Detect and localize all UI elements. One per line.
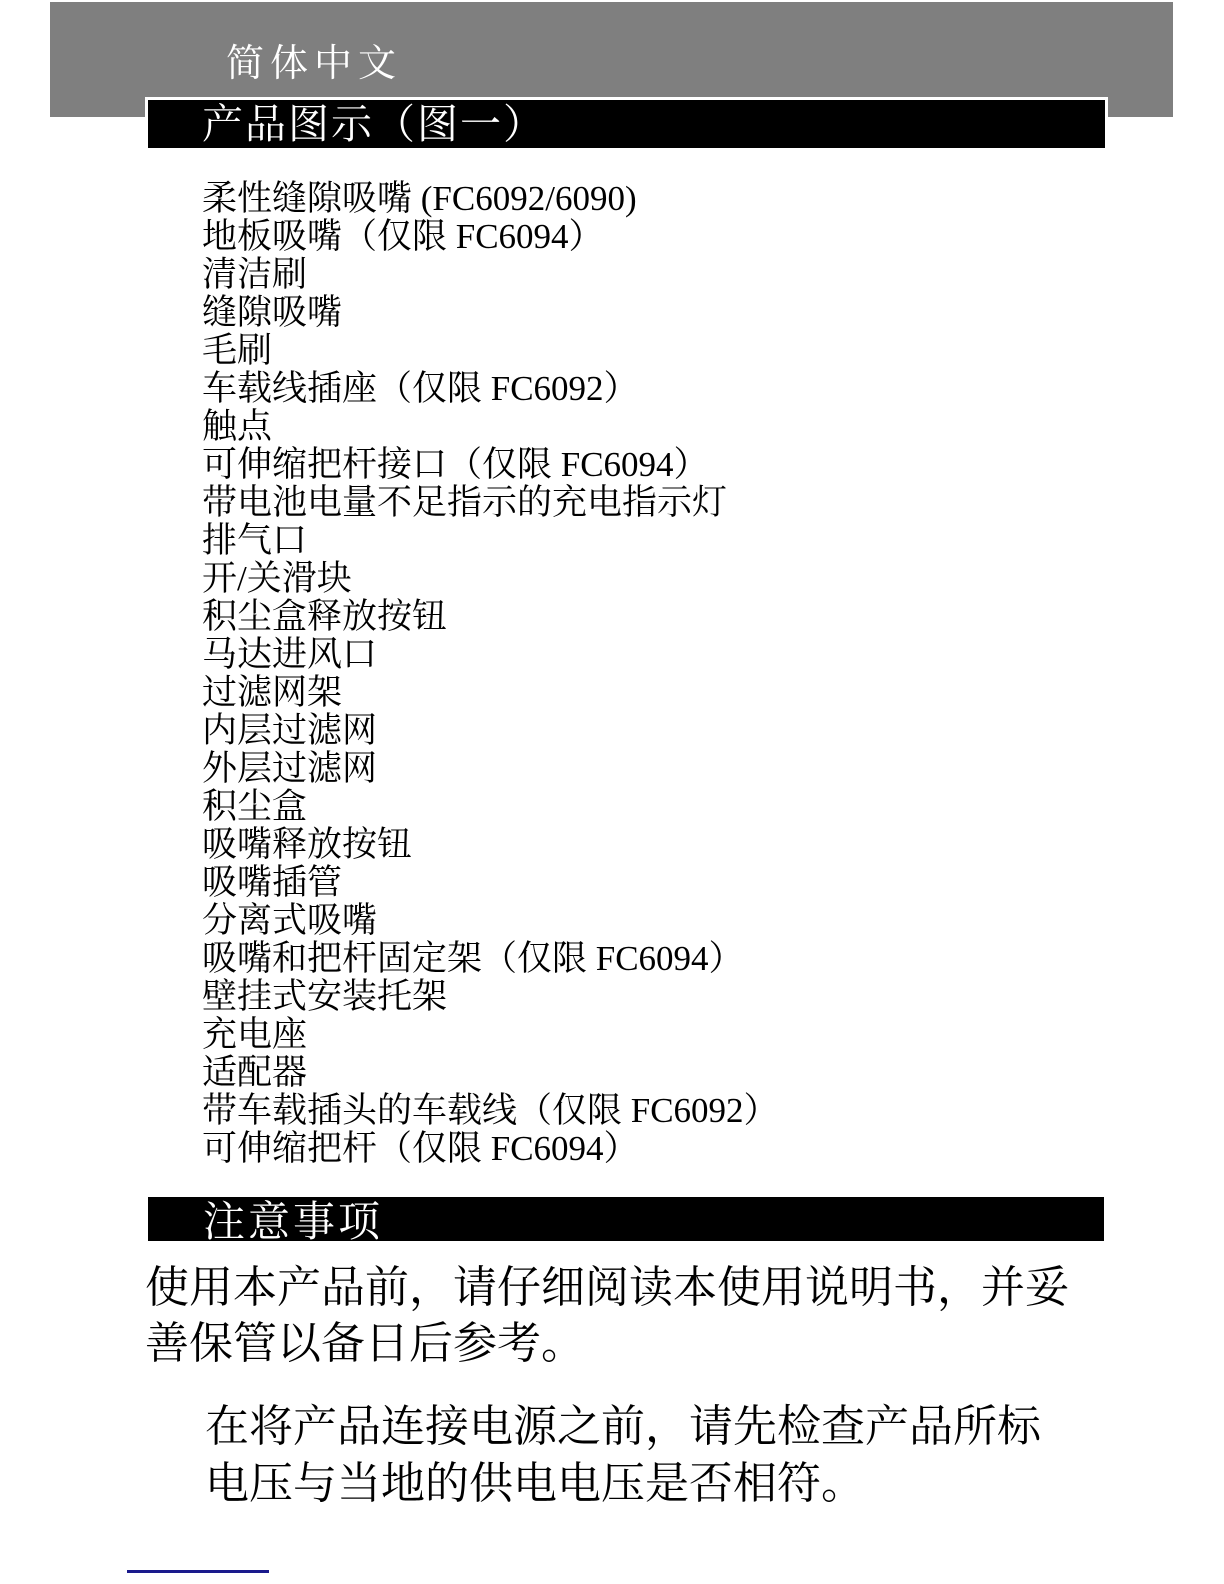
manual-page: 简体中文 产品图示（图一） 柔性缝隙吸嘴 (FC6092/6090) 地板吸嘴（… [0,0,1224,1584]
parts-list-item: 开/关滑块 [202,560,779,598]
parts-list-item: 缝隙吸嘴 [202,294,779,332]
precautions-intro-line-2: 善保管以备日后参考。 [145,1316,1069,1372]
voltage-note-paragraph: 在将产品连接电源之前，请先检查产品所标 电压与当地的供电电压是否相符。 [205,1398,1041,1512]
parts-list: 柔性缝隙吸嘴 (FC6092/6090) 地板吸嘴（仅限 FC6094） 清洁刷… [202,180,779,1168]
parts-list-item: 马达进风口 [202,636,779,674]
parts-list-item: 触点 [202,408,779,446]
parts-list-item: 积尘盒 [202,788,779,826]
parts-list-item: 吸嘴释放按钮 [202,826,779,864]
parts-list-item: 排气口 [202,522,779,560]
precautions-intro-paragraph: 使用本产品前，请仔细阅读本使用说明书，并妥 善保管以备日后参考。 [145,1260,1069,1372]
parts-list-item: 车载线插座（仅限 FC6092） [202,370,779,408]
parts-list-item: 吸嘴和把杆固定架（仅限 FC6094） [202,940,779,978]
parts-list-item: 积尘盒释放按钮 [202,598,779,636]
parts-list-item: 可伸缩把杆接口（仅限 FC6094） [202,446,779,484]
parts-list-item: 可伸缩把杆（仅限 FC6094） [202,1130,779,1168]
section-title-precautions: 注意事项 [203,1202,383,1244]
section-header-precautions: 注意事项 [148,1197,1104,1241]
parts-list-item: 吸嘴插管 [202,864,779,902]
parts-list-item: 柔性缝隙吸嘴 (FC6092/6090) [202,180,779,218]
language-label: 简体中文 [226,44,402,84]
parts-list-item: 毛刷 [202,332,779,370]
section-header-product-diagram: 产品图示（图一） [145,97,1108,151]
parts-list-item: 分离式吸嘴 [202,902,779,940]
parts-list-item: 适配器 [202,1054,779,1092]
parts-list-item: 地板吸嘴（仅限 FC6094） [202,218,779,256]
parts-list-item: 内层过滤网 [202,712,779,750]
parts-list-item: 外层过滤网 [202,750,779,788]
parts-list-item: 充电座 [202,1016,779,1054]
footer-divider-line [127,1570,269,1573]
parts-list-item: 带车载插头的车载线（仅限 FC6092） [202,1092,779,1130]
parts-list-item: 壁挂式安装托架 [202,978,779,1016]
parts-list-item: 带电池电量不足指示的充电指示灯 [202,484,779,522]
voltage-note-line-1: 在将产品连接电源之前，请先检查产品所标 [205,1398,1041,1455]
parts-list-item: 过滤网架 [202,674,779,712]
voltage-note-line-2: 电压与当地的供电电压是否相符。 [205,1455,1041,1512]
precautions-intro-line-1: 使用本产品前，请仔细阅读本使用说明书，并妥 [145,1260,1069,1316]
parts-list-item: 清洁刷 [202,256,779,294]
section-title-product-diagram: 产品图示（图一） [202,103,546,145]
